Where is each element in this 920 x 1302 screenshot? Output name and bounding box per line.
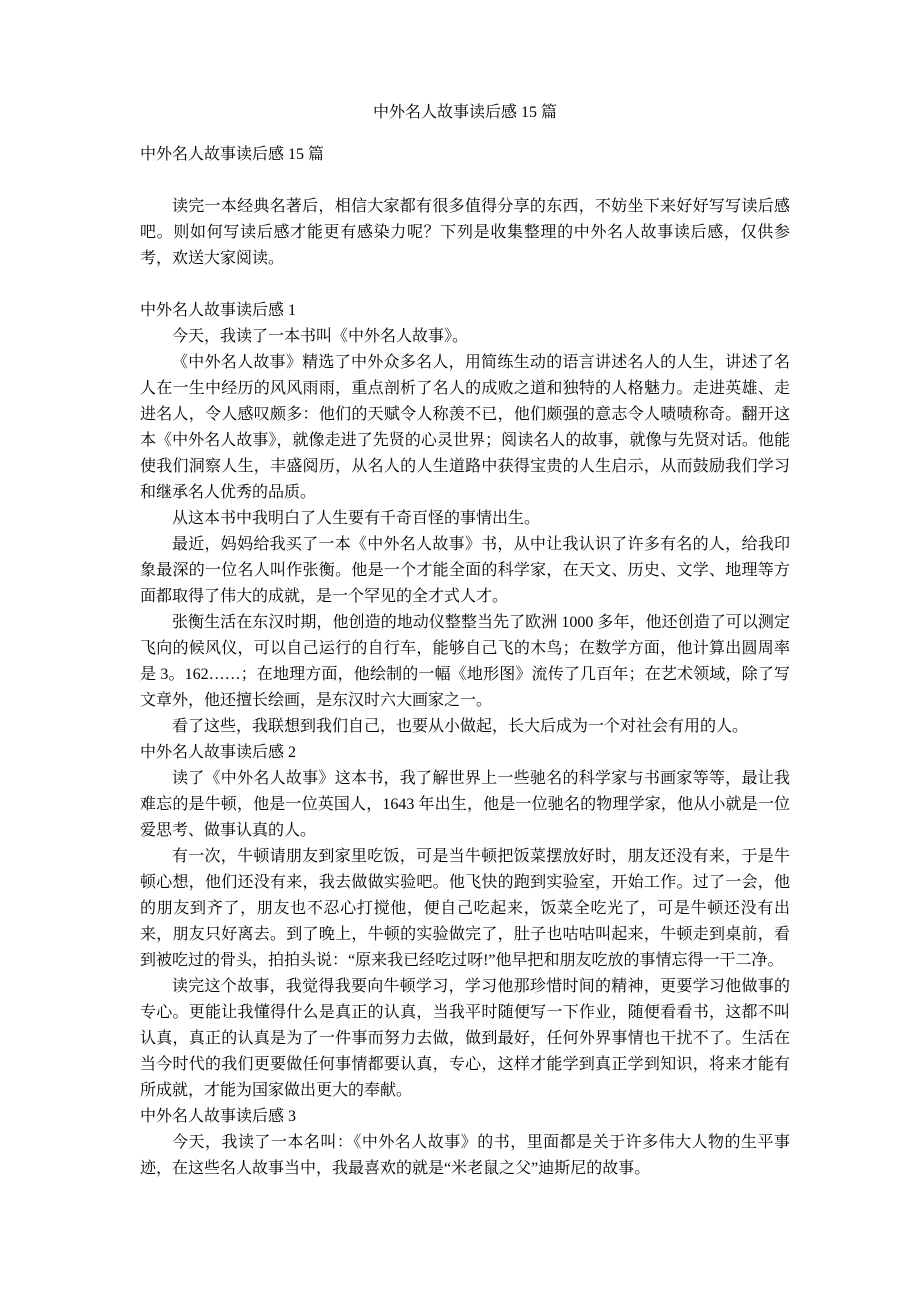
- blank-line: [140, 168, 790, 194]
- section-1-paragraph-2: 《中外名人故事》精选了中外众多名人，用简练生动的语言讲述名人的人生，讲述了名人在…: [140, 350, 790, 506]
- document-page: 中外名人故事读后感 15 篇 中外名人故事读后感 15 篇 读完一本经典名著后，…: [0, 0, 920, 1302]
- document-subtitle: 中外名人故事读后感 15 篇: [140, 142, 790, 168]
- section-2-paragraph-2: 有一次，牛顿请朋友到家里吃饭，可是当牛顿把饭菜摆放好时，朋友还没有来，于是牛顿心…: [140, 844, 790, 974]
- document-title: 中外名人故事读后感 15 篇: [140, 100, 790, 126]
- section-1-paragraph-4: 最近，妈妈给我买了一本《中外名人故事》书，从中让我认识了许多有名的人，给我印象最…: [140, 532, 790, 610]
- section-1-paragraph-1: 今天，我读了一本书叫《中外名人故事》。: [140, 324, 790, 350]
- section-3-heading: 中外名人故事读后感 3: [140, 1104, 790, 1130]
- intro-paragraph: 读完一本经典名著后，相信大家都有很多值得分享的东西，不妨坐下来好好写写读后感吧。…: [140, 194, 790, 272]
- section-1-paragraph-6: 看了这些，我联想到我们自己，也要从小做起，长大后成为一个对社会有用的人。: [140, 714, 790, 740]
- section-2-paragraph-3: 读完这个故事，我觉得我要向牛顿学习，学习他那珍惜时间的精神，更要学习他做事的专心…: [140, 974, 790, 1104]
- section-1-paragraph-5: 张衡生活在东汉时期，他创造的地动仪整整当先了欧洲 1000 多年，他还创造了可以…: [140, 610, 790, 714]
- section-1-paragraph-3: 从这本书中我明白了人生要有千奇百怪的事情出生。: [140, 506, 790, 532]
- section-3-paragraph-1: 今天，我读了一本名叫：《中外名人故事》的书，里面都是关于许多伟大人物的生平事迹，…: [140, 1130, 790, 1182]
- blank-line: [140, 272, 790, 298]
- section-2-heading: 中外名人故事读后感 2: [140, 740, 790, 766]
- section-2-paragraph-1: 读了《中外名人故事》这本书，我了解世界上一些驰名的科学家与书画家等等，最让我难忘…: [140, 766, 790, 844]
- section-1-heading: 中外名人故事读后感 1: [140, 298, 790, 324]
